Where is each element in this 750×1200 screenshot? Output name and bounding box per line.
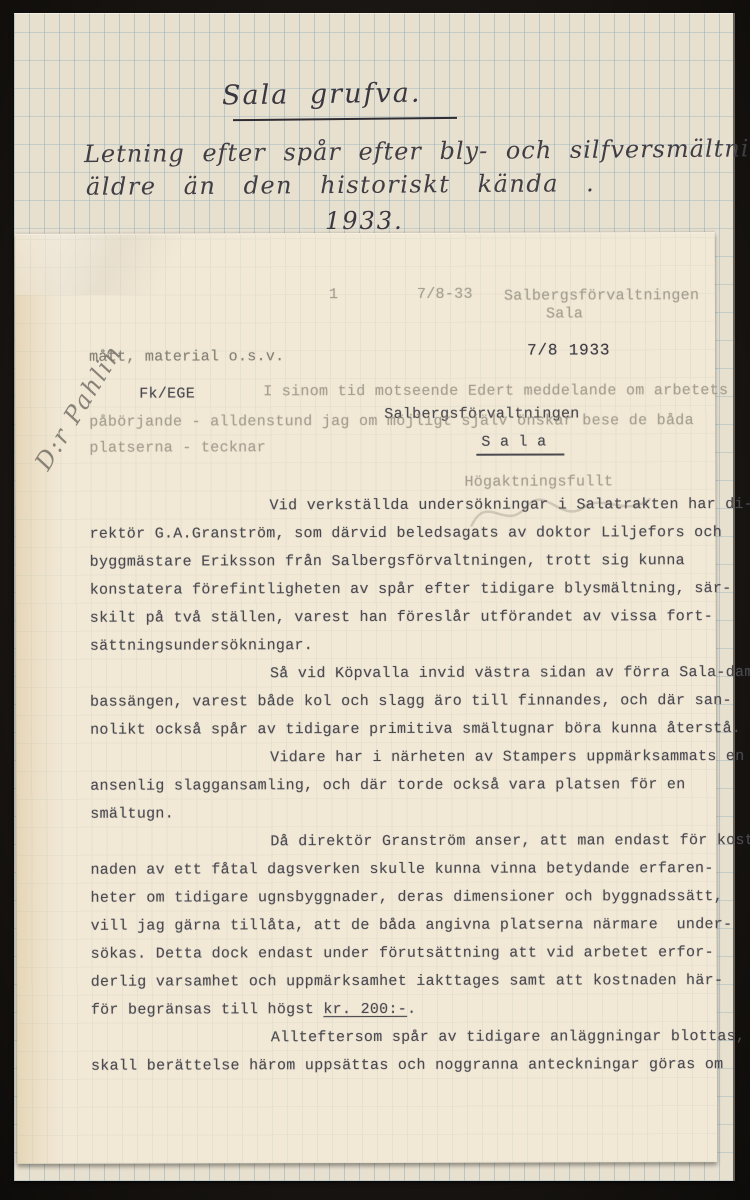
amount-pre: för begränsas till högst — [91, 1001, 324, 1019]
body-line: Då direktör Granström anser, att man end… — [90, 827, 716, 857]
body-line: Så vid Köpvalla invid västra sidan av fö… — [90, 659, 716, 689]
letter-date: 7/8 1933 — [527, 341, 610, 359]
ghost-page-number: 1 — [329, 286, 338, 303]
ghost-fragment-2: I sinom tid motseende Edert meddelande o… — [263, 382, 728, 400]
body-line: derlig varsamhet och uppmärksamhet iaktt… — [91, 967, 717, 997]
scanned-document-photo: Sala grufva. Letning efter spår efter bl… — [0, 0, 750, 1200]
body-line-amount: för begränsas till högst kr. 200:-. — [91, 995, 717, 1025]
body-line: Vidare har i närheten av Stampers uppmär… — [90, 743, 716, 773]
body-line: Vid verkställda undersökningar i Salatra… — [89, 491, 715, 521]
recipient-place: S a l a — [481, 434, 546, 451]
body-line: nolikt också spår av tidigare primitiva … — [90, 715, 716, 745]
paper-crease — [15, 234, 235, 295]
body-line: byggmästare Eriksson från Salbergsförval… — [90, 547, 716, 577]
cover-year: 1933. — [325, 207, 404, 235]
body-line: vill jag gärna tillåta, att de båda angi… — [91, 911, 717, 941]
body-line: konstatera förefintligheten av spår efte… — [90, 575, 716, 605]
cover-line-2: äldre än den historiskt kända . — [86, 169, 595, 201]
amount-underlined: kr. 200:- — [323, 1001, 407, 1018]
body-line: sättningsundersökningar. — [90, 631, 716, 661]
body-line: smältugn. — [90, 799, 716, 829]
body-line: sökas. Detta dock endast under förutsätt… — [91, 939, 717, 969]
body-line: ansenlig slaggansamling, och där torde o… — [90, 771, 716, 801]
amount-post: . — [407, 1001, 416, 1018]
body-line: heter om tidigare ugnsbyggnader, deras d… — [90, 883, 716, 913]
recipient-place-underline — [476, 453, 564, 455]
letter-reference: Fk/EGE — [139, 385, 195, 402]
cover-title: Sala grufva. — [222, 78, 422, 112]
body-line: naden av ett fåtal dagsverken skulle kun… — [90, 855, 716, 885]
ghost-date: 7/8-33 — [417, 286, 473, 303]
ghost-fragment-3: påbörjande - alldenstund jag om möjligt … — [89, 412, 694, 431]
body-line: rektör G.A.Granström, som därvid beledsa… — [90, 519, 716, 549]
body-line: skilt på två ställen, varest han föreslå… — [90, 603, 716, 633]
ghost-org-place: Sala — [546, 305, 583, 322]
ghost-org: Salbergsförvaltningen — [504, 287, 699, 305]
body-line: skall berättelse härom uppsättas och nog… — [91, 1051, 717, 1081]
body-line: Allteftersom spår av tidigare anläggning… — [91, 1023, 717, 1053]
ghost-fragment-4: platserna - tecknar — [89, 439, 266, 456]
ghost-fragment-1: mått, material o.s.v. — [89, 348, 284, 366]
cover-title-underline — [233, 117, 457, 121]
cover-line-1: Letning efter spår efter bly- och silfve… — [84, 134, 750, 168]
letter-body: Vid verkställda undersökningar i Salatra… — [89, 491, 717, 1081]
letter-page: D:r Pahlin 1 7/8-33 Salbergsförvaltninge… — [15, 232, 717, 1164]
body-line: bassängen, varest både kol och slagg äro… — [90, 687, 716, 717]
